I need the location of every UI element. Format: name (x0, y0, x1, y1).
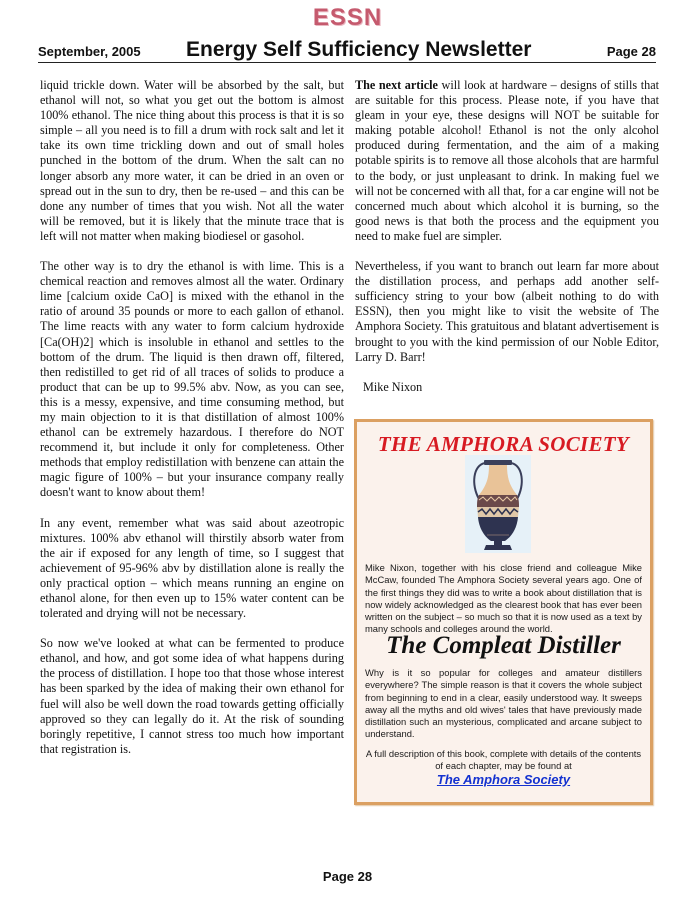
masthead-logo: ESSN (0, 4, 695, 32)
ad-footer: A full description of this book, complet… (365, 748, 642, 787)
paragraph: Nevertheless, if you want to branch out … (355, 259, 659, 365)
ad-footer-text: A full description of this book, complet… (365, 748, 642, 773)
ad-title: THE AMPHORA SOCIETY (357, 432, 650, 457)
ad-description: Mike Nixon, together with his close frie… (365, 562, 642, 636)
amphora-vase-image (465, 455, 531, 553)
author-signature: Mike Nixon (355, 380, 659, 395)
lead-bold-text: The next article (355, 78, 438, 92)
amphora-icon (465, 455, 531, 553)
amphora-society-link[interactable]: The Amphora Society (437, 774, 570, 786)
paragraph: In any event, remember what was said abo… (40, 516, 344, 622)
footer-page-number: Page 28 (0, 869, 695, 884)
header-page-number: Page 28 (607, 44, 656, 59)
paragraph: So now we've looked at what can be ferme… (40, 636, 344, 757)
right-column: The next article will look at hardware –… (355, 78, 659, 410)
book-title: The Compleat Distiller (357, 632, 650, 660)
newsletter-title: Energy Self Sufficiency Newsletter (186, 38, 531, 62)
book-description: Why is it so popular for colleges and am… (365, 667, 642, 741)
paragraph-text: will look at hardware – designs of still… (355, 78, 659, 243)
issue-date: September, 2005 (38, 44, 141, 59)
paragraph: The other way is to dry the ethanol is w… (40, 259, 344, 501)
page-header: September, 2005 Energy Self Sufficiency … (38, 38, 656, 63)
amphora-society-advertisement: THE AMPHORA SOCIETY Mike Nixon, together… (354, 419, 653, 805)
paragraph: The next article will look at hardware –… (355, 78, 659, 244)
paragraph: liquid trickle down. Water will be absor… (40, 78, 344, 244)
left-column: liquid trickle down. Water will be absor… (40, 78, 344, 772)
